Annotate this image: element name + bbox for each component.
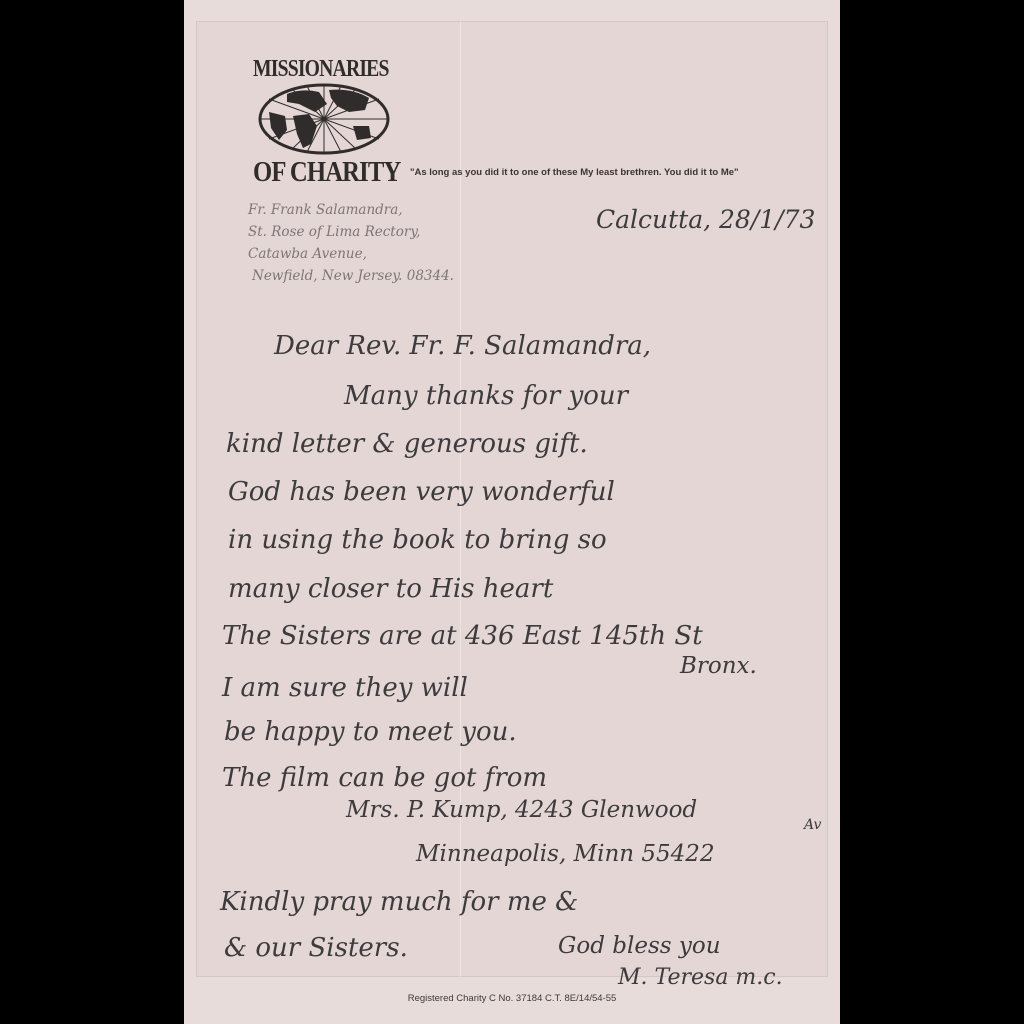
body-line: The film can be got from [222, 763, 547, 793]
letter-frame: MISSIONARIES OF CHAR [196, 21, 828, 977]
body-line: Mrs. P. Kump, 4243 Glenwood [346, 797, 697, 823]
body-line: Bronx. [680, 653, 757, 679]
body-line: many closer to His heart [228, 574, 553, 604]
letterhead-logo: MISSIONARIES OF CHAR [253, 57, 395, 186]
org-name-bottom: OF CHARITY [253, 158, 374, 186]
recipient-address: Fr. Frank Salamandra, St. Rose of Lima R… [248, 199, 454, 287]
place-date: Calcutta, 28/1/73 [596, 205, 815, 234]
body-line: The Sisters are at 436 East 145th St [222, 621, 703, 651]
body-line: & our Sisters. [224, 933, 408, 963]
world-globe-icon [257, 82, 391, 156]
body-line: Minneapolis, Minn 55422 [416, 841, 715, 867]
body-line: God has been very wonderful [228, 477, 615, 507]
registered-charity-footer: Registered Charity C No. 37184 C.T. 8E/1… [184, 993, 840, 1004]
address-line: Newfield, New Jersey. 08344. [252, 265, 454, 287]
body-line: kind letter & generous gift. [226, 429, 588, 459]
body-line: Many thanks for your [344, 381, 628, 411]
body-line: I am sure they will [222, 673, 468, 703]
letterhead-motto: "As long as you did it to one of these M… [410, 167, 739, 178]
body-line: Kindly pray much for me & [220, 887, 578, 917]
letter-page: MISSIONARIES OF CHAR [184, 0, 840, 1024]
body-line: be happy to meet you. [224, 717, 517, 747]
address-line: Fr. Frank Salamandra, [248, 199, 454, 221]
body-line: in using the book to bring so [228, 525, 607, 555]
closing: God bless you [558, 933, 721, 959]
salutation: Dear Rev. Fr. F. Salamandra, [274, 331, 651, 361]
address-line: St. Rose of Lima Rectory, [248, 221, 454, 243]
body-line: Av [804, 817, 821, 833]
org-name-top: MISSIONARIES [253, 57, 369, 81]
address-line: Catawba Avenue, [248, 243, 454, 265]
signature: M. Teresa m.c. [618, 965, 783, 990]
